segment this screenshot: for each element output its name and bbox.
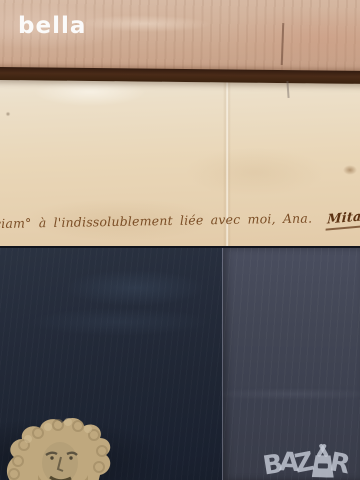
bag-handle (315, 443, 330, 456)
inscription-fragment: ciam° (0, 215, 32, 231)
inscription-signature: Mita (326, 209, 360, 230)
dark-print-area: B A Z A R (0, 246, 360, 480)
listing-photo: B A Z A R ciam° à l'indissolublement lié… (0, 0, 360, 480)
wood-crack (281, 23, 285, 65)
bag-slot (318, 463, 328, 468)
bella-watermark: bella (18, 13, 86, 39)
logo-letter: R (328, 449, 353, 478)
engraved-head-portrait (2, 411, 126, 480)
bazar-logo-watermark: B A Z A R (263, 440, 351, 478)
